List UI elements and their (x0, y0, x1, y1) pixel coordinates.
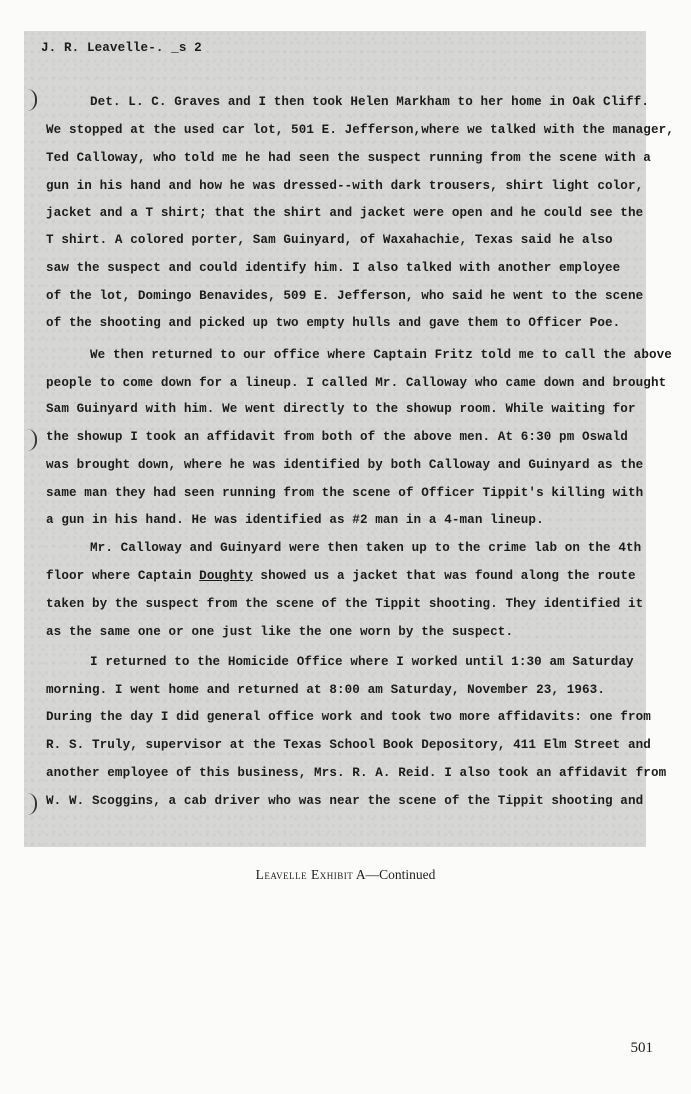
paragraph-1-line-6: T shirt. A colored porter, Sam Guinyard,… (46, 233, 613, 247)
margin-bracket-mark (27, 793, 37, 815)
page-number: 501 (631, 1040, 654, 1057)
paragraph-1-line-4: gun in his hand and how he was dressed--… (46, 179, 643, 193)
paragraph-1-line-5: jacket and a T shirt; that the shirt and… (46, 206, 643, 220)
paragraph-3-line-1: Mr. Calloway and Guinyard were then take… (90, 541, 641, 555)
paragraph-2-line-1: We then returned to our office where Cap… (90, 348, 672, 362)
paragraph-1-line-8: of the lot, Domingo Benavides, 509 E. Je… (46, 289, 643, 303)
paragraph-3-line-2: floor where Captain Doughty showed us a … (46, 569, 636, 583)
margin-bracket-mark (27, 429, 37, 451)
paragraph-2-line-6: same man they had seen running from the … (46, 486, 643, 500)
line-text: floor where Captain (46, 569, 199, 583)
exhibit-name: Leavelle Exhibit (256, 867, 354, 882)
paragraph-4-line-6: W. W. Scoggins, a cab driver who was nea… (46, 794, 643, 808)
page-header: J. R. Leavelle-. _s 2 (41, 41, 202, 55)
margin-bracket-mark (27, 89, 37, 111)
paragraph-1-line-2: We stopped at the used car lot, 501 E. J… (46, 123, 674, 137)
paragraph-1-line-3: Ted Calloway, who told me he had seen th… (46, 151, 651, 165)
paragraph-4-line-4: R. S. Truly, supervisor at the Texas Sch… (46, 738, 651, 752)
paragraph-2-line-3: Sam Guinyard with him. We went directly … (46, 402, 636, 416)
exhibit-caption: Leavelle Exhibit A—Continued (0, 867, 691, 883)
paragraph-4-line-2: morning. I went home and returned at 8:0… (46, 683, 605, 697)
paragraph-3-line-4: as the same one or one just like the one… (46, 625, 513, 639)
exhibit-suffix: A—Continued (353, 867, 435, 882)
line-text: showed us a jacket that was found along … (253, 569, 636, 583)
paragraph-2-line-5: was brought down, where he was identifie… (46, 458, 643, 472)
paragraph-1-line-1: Det. L. C. Graves and I then took Helen … (90, 95, 649, 109)
underlined-name-doughty: Doughty (199, 569, 253, 583)
paragraph-1-line-7: saw the suspect and could identify him. … (46, 261, 620, 275)
paragraph-2-line-2: people to come down for a lineup. I call… (46, 376, 666, 390)
paragraph-1-line-9: of the shooting and picked up two empty … (46, 316, 620, 330)
paragraph-4-line-3: During the day I did general office work… (46, 710, 651, 724)
paragraph-4-line-5: another employee of this business, Mrs. … (46, 766, 666, 780)
paragraph-2-line-7: a gun in his hand. He was identified as … (46, 513, 544, 527)
paragraph-4-line-1: I returned to the Homicide Office where … (90, 655, 634, 669)
paragraph-2-line-4: the showup I took an affidavit from both… (46, 430, 628, 444)
scanned-typewritten-page: J. R. Leavelle-. _s 2 Det. L. C. Graves … (24, 31, 646, 847)
paragraph-3-line-3: taken by the suspect from the scene of t… (46, 597, 643, 611)
